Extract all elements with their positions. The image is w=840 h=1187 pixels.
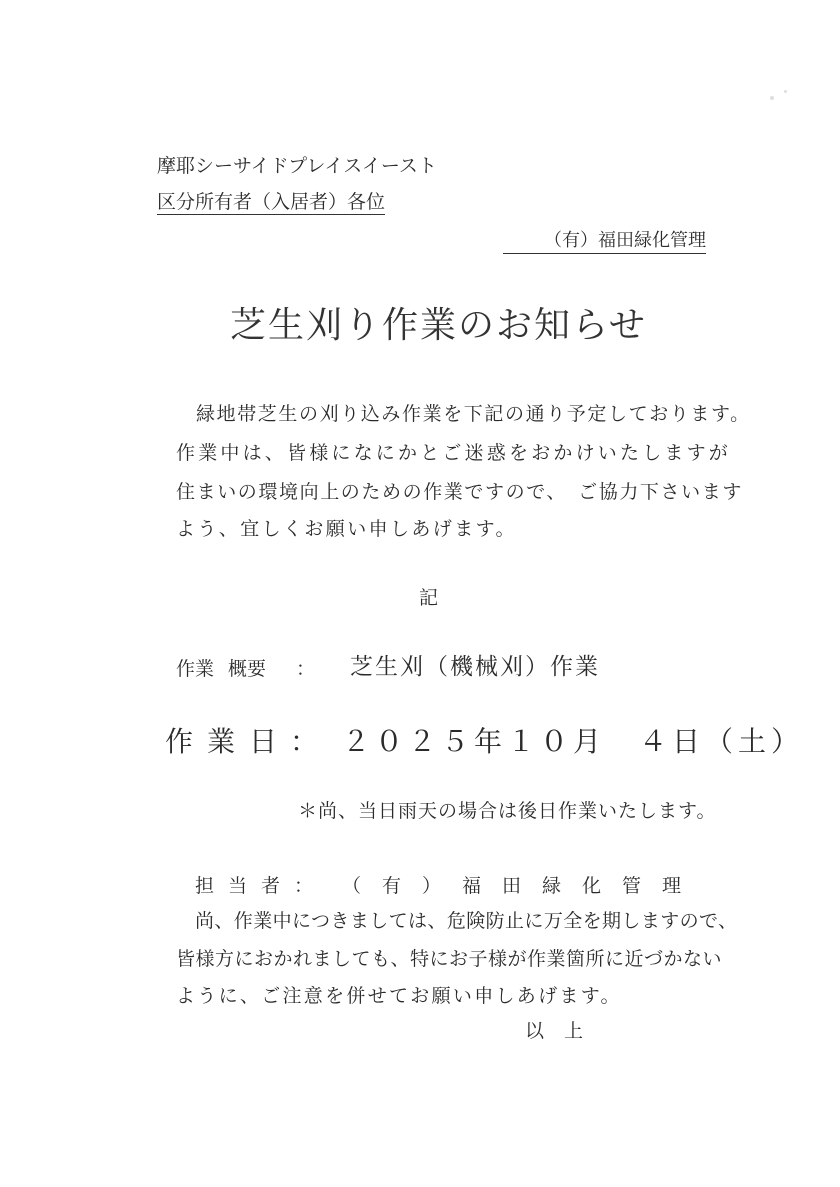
body-line-4: よう、宜しくお願い申しあげます。 (176, 520, 517, 539)
body-line-2: 作業中は、皆様になにかとご迷惑をおかけいたしますが (176, 444, 731, 463)
caution-line-1: 尚、作業中につきましては、危険防止に万全を期しますので、 (195, 912, 737, 931)
scan-speck (784, 90, 787, 93)
recipient-building: 摩耶シーサイドプレイスイースト (157, 157, 437, 176)
caution-line-3: ように、ご注意を併せてお願い申しあげます。 (176, 987, 622, 1006)
sender-company: （有）福田緑化管理 (503, 232, 706, 254)
recipient-group: 区分所有者（入居者）各位 (157, 193, 385, 215)
scan-speck (770, 96, 774, 100)
work-summary-value: 芝生刈（機械刈）作業 (350, 656, 600, 679)
rain-note: ＊尚、当日雨天の場合は後日作業いたします。 (298, 802, 716, 821)
work-date-label: 作業日 (165, 728, 291, 756)
closing-mark: 以上 (525, 1022, 603, 1041)
document-title: 芝生刈り作業のお知らせ (230, 308, 647, 344)
caution-line-2: 皆様方におかれましても、特にお子様が作業箇所に近づかない (176, 950, 722, 969)
notice-marker: 記 (419, 589, 438, 608)
work-summary-colon: ： (296, 660, 315, 679)
contact-value: （有）福田緑化管理 (342, 877, 702, 896)
body-line-1: 緑地帯芝生の刈り込み作業を下記の通り予定しております。 (196, 405, 751, 424)
work-summary-label: 作業 概要 (176, 660, 266, 679)
body-line-3: 住まいの環境向上のための作業ですので、 ご協力下さいます (176, 483, 743, 502)
work-date-colon: ： (290, 728, 318, 756)
work-date-value: ２０２５年１０月 ４日（土） (342, 728, 804, 756)
contact-label: 担当者： (195, 877, 327, 896)
